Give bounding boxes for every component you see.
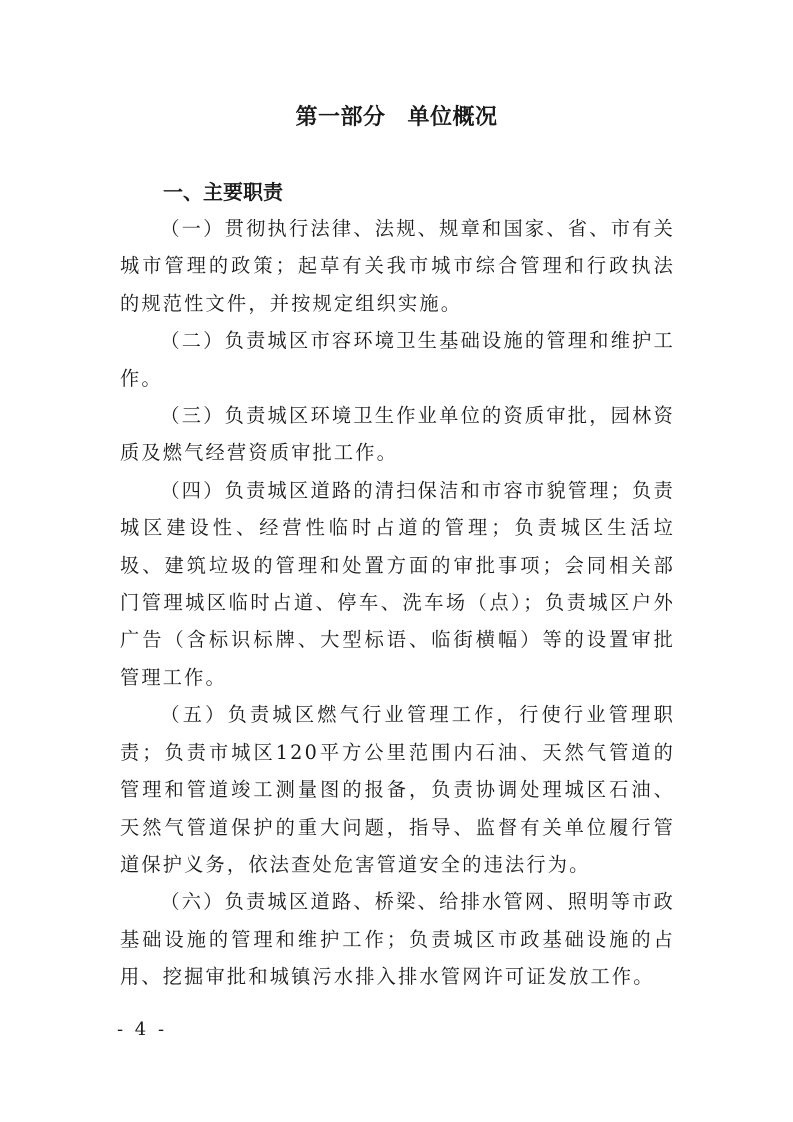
page-number: - 4 -	[117, 1018, 167, 1042]
paragraph-5: （五）负责城区燃气行业管理工作，行使行业管理职责；负责市城区120平方公里范围内…	[120, 696, 675, 883]
page-title-name: 单位概况	[408, 105, 498, 130]
section-heading: 一、主要职责	[163, 176, 283, 208]
page-title-part: 第一部分	[295, 105, 385, 130]
paragraph-2: （二）负责城区市容环境卫生基础设施的管理和维护工作。	[120, 322, 675, 397]
paragraph-1: （一）贯彻执行法律、法规、规章和国家、省、市有关城市管理的政策；起草有关我市城市…	[120, 210, 675, 322]
paragraph-3: （三）负责城区环境卫生作业单位的资质审批，园林资质及燃气经营资质审批工作。	[120, 397, 675, 472]
paragraph-4: （四）负责城区道路的清扫保洁和市容市貌管理；负责城区建设性、经营性临时占道的管理…	[120, 472, 675, 696]
page-title: 第一部分单位概况	[0, 100, 793, 136]
paragraph-6: （六）负责城区道路、桥梁、给排水管网、照明等市政基础设施的管理和维护工作；负责城…	[120, 883, 675, 995]
body-text: （一）贯彻执行法律、法规、规章和国家、省、市有关城市管理的政策；起草有关我市城市…	[120, 210, 675, 996]
